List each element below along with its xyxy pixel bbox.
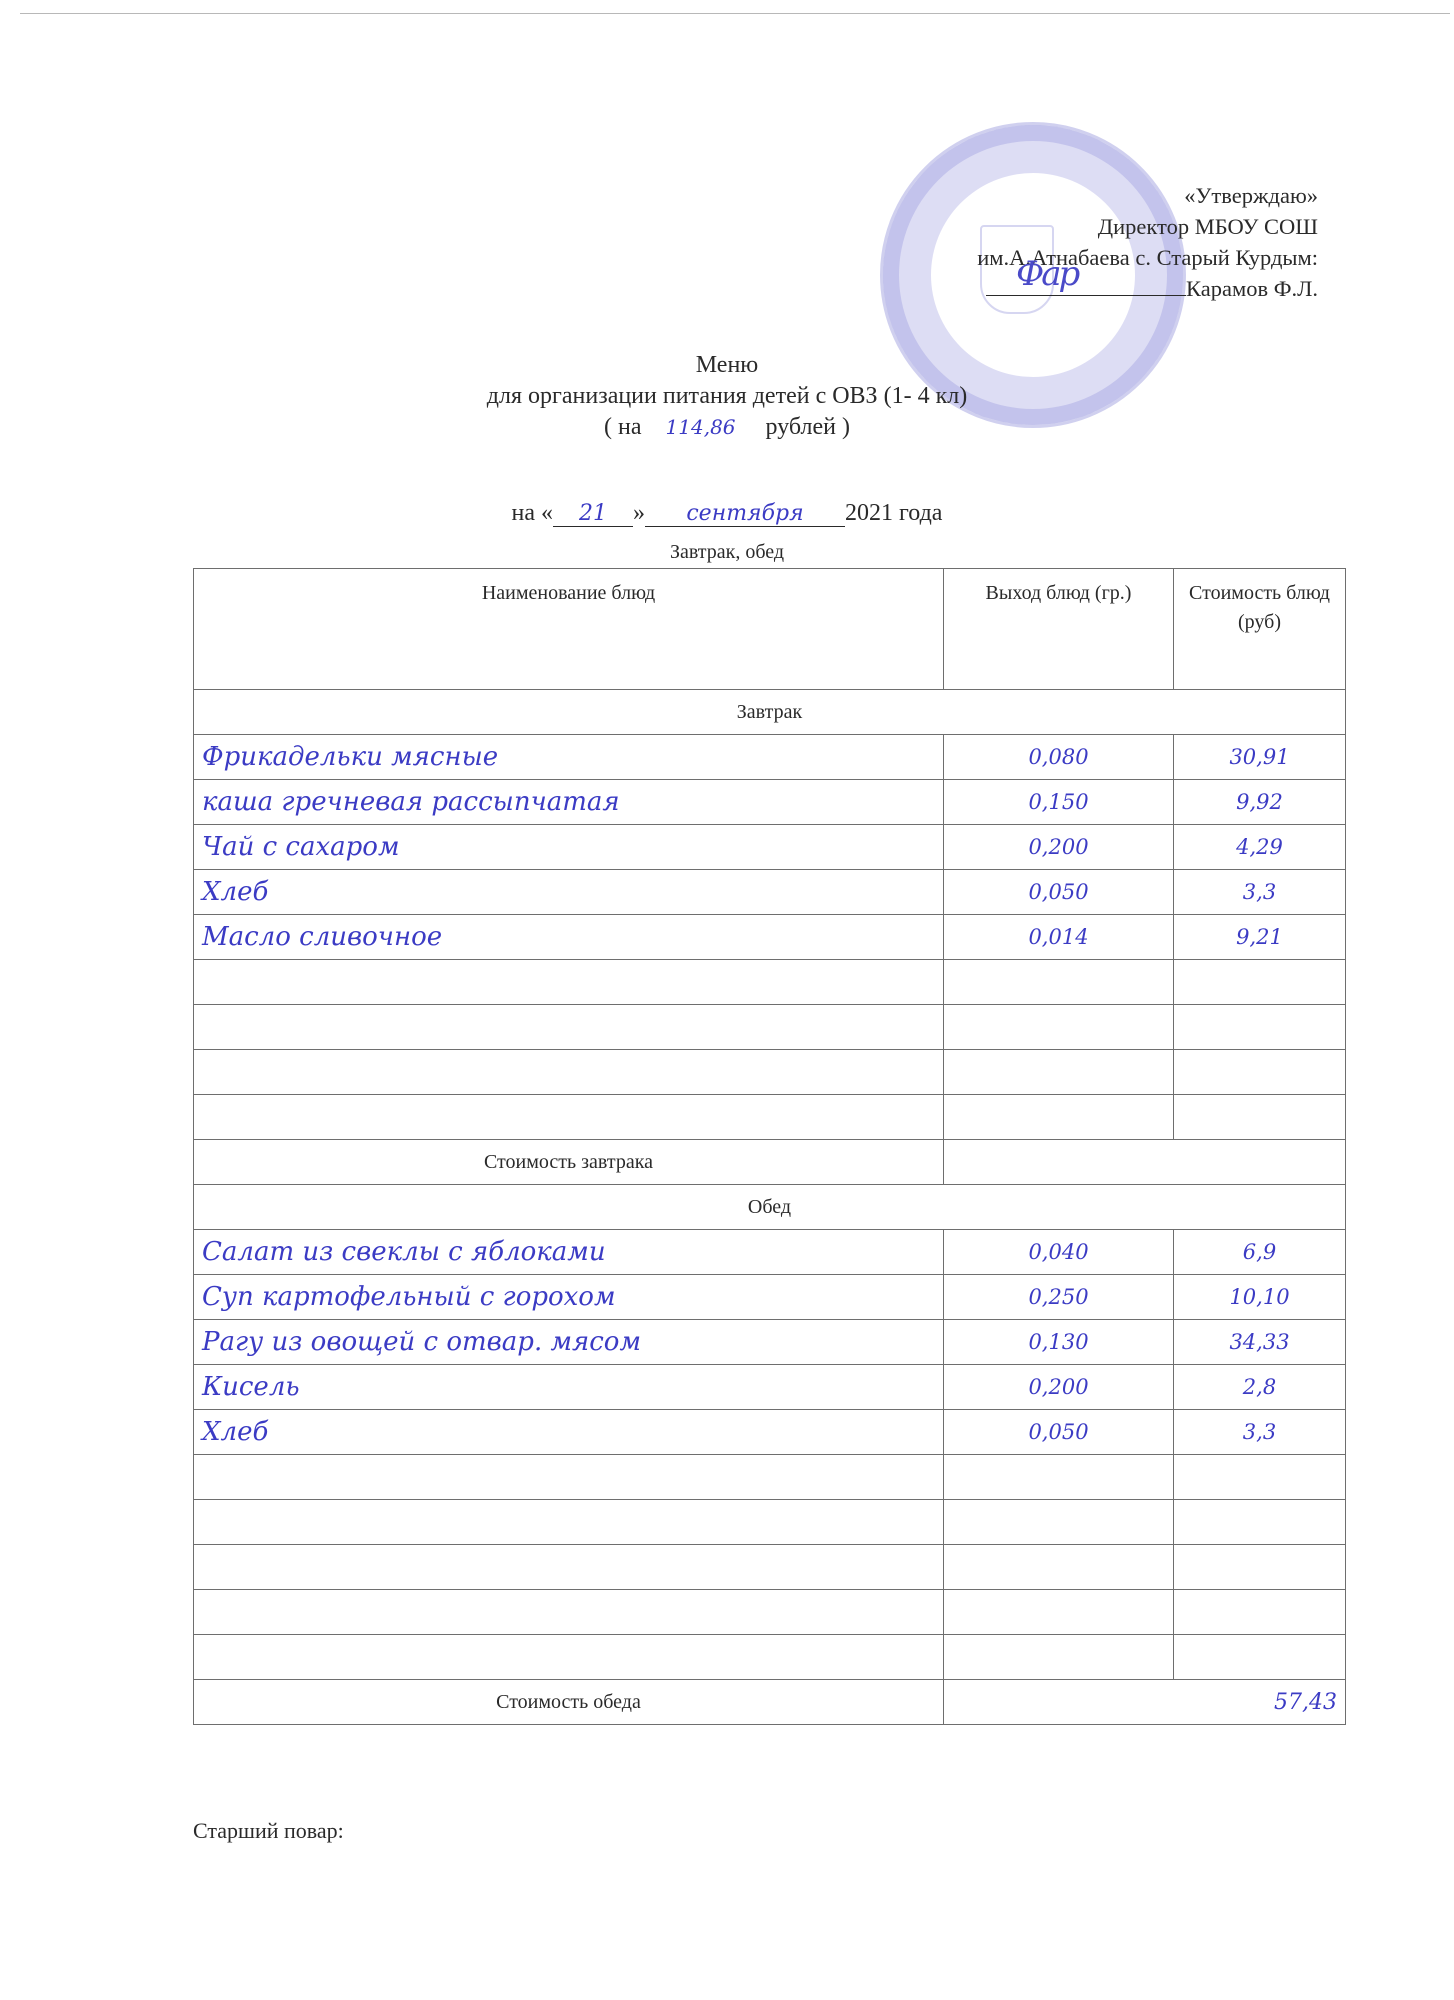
director-signature: Фар [1016, 259, 1077, 290]
dish-price-cell: 9,92 [1174, 780, 1346, 825]
dish-weight-cell: 0,080 [944, 735, 1174, 780]
dish-weight-cell: 0,130 [944, 1320, 1174, 1365]
document-title: Меню [0, 350, 1454, 381]
date-month-field: сентября [645, 500, 845, 527]
lunch-total-label: Стоимость обеда [194, 1680, 944, 1725]
dish-weight-cell: 0,200 [944, 1365, 1174, 1410]
breakfast-section-row: Завтрак [194, 690, 1346, 735]
dish-name-cell [194, 1500, 944, 1545]
approval-heading: «Утверждаю» [977, 180, 1318, 211]
table-header-row: Наименование блюд Выход блюд (гр.) Стоим… [194, 569, 1346, 690]
dish-price-cell [1174, 960, 1346, 1005]
dish-name-cell [194, 1050, 944, 1095]
dish-price-cell [1174, 1050, 1346, 1095]
senior-cook-label: Старший повар: [193, 1818, 344, 1844]
dish-price-cell: 2,8 [1174, 1365, 1346, 1410]
breakfast-total-value [944, 1140, 1346, 1185]
director-name: Карамов Ф.Л. [1186, 276, 1318, 301]
breakfast-total-row: Стоимость завтрака [194, 1140, 1346, 1185]
lunch-section-label: Обед [194, 1185, 1346, 1230]
dish-weight-cell [944, 1590, 1174, 1635]
lunch-section-row: Обед [194, 1185, 1346, 1230]
signature-field: Фар [986, 273, 1186, 296]
table-row [194, 1635, 1346, 1680]
table-row: Рагу из овощей с отвар. мясом0,13034,33 [194, 1320, 1346, 1365]
menu-table: Наименование блюд Выход блюд (гр.) Стоим… [193, 568, 1346, 1725]
dish-price-cell: 6,9 [1174, 1230, 1346, 1275]
breakfast-section-label: Завтрак [194, 690, 1346, 735]
dish-name-cell: Чай с сахаром [194, 825, 944, 870]
lunch-total-value: 57,43 [944, 1680, 1346, 1725]
date-suffix: 2021 года [845, 500, 942, 526]
document-subtitle: для организации питания детей с ОВЗ (1- … [0, 381, 1454, 412]
dish-name-cell [194, 1590, 944, 1635]
dish-name-cell [194, 1545, 944, 1590]
meals-caption: Завтрак, обед [0, 541, 1454, 564]
dish-name-cell: Рагу из овощей с отвар. мясом [194, 1320, 944, 1365]
dish-weight-cell [944, 1455, 1174, 1500]
dish-price-cell: 10,10 [1174, 1275, 1346, 1320]
approval-block: «Утверждаю» Директор МБОУ СОШ им.А.Атнаб… [977, 180, 1318, 304]
table-row: каша гречневая рассыпчатая0,1509,92 [194, 780, 1346, 825]
dish-price-cell: 3,3 [1174, 870, 1346, 915]
sum-prefix: ( на [604, 414, 642, 440]
table-row [194, 1095, 1346, 1140]
menu-sum-line: ( на114,86рублей ) [0, 412, 1454, 443]
table-row: Салат из свеклы с яблоками0,0406,9 [194, 1230, 1346, 1275]
dish-price-cell [1174, 1545, 1346, 1590]
dish-name-cell: Кисель [194, 1365, 944, 1410]
dish-weight-cell [944, 1005, 1174, 1050]
approval-signature-line: ФарКарамов Ф.Л. [977, 273, 1318, 304]
table-row [194, 960, 1346, 1005]
dish-price-cell: 4,29 [1174, 825, 1346, 870]
header-price: Стоимость блюд (руб) [1174, 569, 1346, 690]
dish-weight-cell: 0,200 [944, 825, 1174, 870]
dish-weight-cell: 0,040 [944, 1230, 1174, 1275]
dish-price-cell: 3,3 [1174, 1410, 1346, 1455]
date-day: 21 [579, 501, 607, 526]
dish-name-cell: Масло сливочное [194, 915, 944, 960]
table-row [194, 1590, 1346, 1635]
dish-name-cell: Хлеб [194, 870, 944, 915]
dish-weight-cell: 0,050 [944, 870, 1174, 915]
table-row [194, 1545, 1346, 1590]
dish-price-cell [1174, 1500, 1346, 1545]
header-dish-name: Наименование блюд [194, 569, 944, 690]
dish-name-cell: Хлеб [194, 1410, 944, 1455]
menu-table-body: ЗавтракФрикадельки мясные0,08030,91каша … [194, 690, 1346, 1725]
sum-value: 114,86 [666, 415, 736, 439]
date-month: сентября [686, 501, 803, 526]
document-title-block: Меню для организации питания детей с ОВЗ… [0, 350, 1454, 443]
dish-name-cell [194, 1455, 944, 1500]
table-row [194, 1050, 1346, 1095]
dish-price-cell [1174, 1095, 1346, 1140]
dish-weight-cell [944, 1635, 1174, 1680]
dish-name-cell [194, 1635, 944, 1680]
table-row [194, 1500, 1346, 1545]
table-row: Хлеб0,0503,3 [194, 870, 1346, 915]
table-row: Фрикадельки мясные0,08030,91 [194, 735, 1346, 780]
dish-price-cell [1174, 1635, 1346, 1680]
dish-price-cell [1174, 1005, 1346, 1050]
dish-weight-cell: 0,150 [944, 780, 1174, 825]
table-row: Масло сливочное0,0149,21 [194, 915, 1346, 960]
date-day-field: 21 [553, 500, 633, 527]
dish-weight-cell [944, 960, 1174, 1005]
dish-weight-cell [944, 1545, 1174, 1590]
table-row [194, 1005, 1346, 1050]
approval-position: Директор МБОУ СОШ [977, 211, 1318, 242]
dish-price-cell: 9,21 [1174, 915, 1346, 960]
date-line: на «21»сентября2021 года [0, 500, 1454, 527]
dish-name-cell [194, 1005, 944, 1050]
header-weight: Выход блюд (гр.) [944, 569, 1174, 690]
lunch-total-row: Стоимость обеда57,43 [194, 1680, 1346, 1725]
dish-weight-cell: 0,050 [944, 1410, 1174, 1455]
dish-name-cell [194, 1095, 944, 1140]
dish-weight-cell: 0,014 [944, 915, 1174, 960]
dish-weight-cell: 0,250 [944, 1275, 1174, 1320]
date-mid: » [633, 500, 645, 526]
dish-name-cell: Салат из свеклы с яблоками [194, 1230, 944, 1275]
table-row: Кисель0,2002,8 [194, 1365, 1346, 1410]
dish-name-cell: Фрикадельки мясные [194, 735, 944, 780]
page-top-rule [20, 13, 1450, 14]
table-row: Суп картофельный с горохом0,25010,10 [194, 1275, 1346, 1320]
dish-name-cell [194, 960, 944, 1005]
dish-name-cell: Суп картофельный с горохом [194, 1275, 944, 1320]
dish-weight-cell [944, 1500, 1174, 1545]
sum-suffix: рублей ) [766, 414, 850, 440]
dish-name-cell: каша гречневая рассыпчатая [194, 780, 944, 825]
dish-price-cell: 34,33 [1174, 1320, 1346, 1365]
dish-price-cell: 30,91 [1174, 735, 1346, 780]
dish-price-cell [1174, 1590, 1346, 1635]
dish-weight-cell [944, 1050, 1174, 1095]
table-row [194, 1455, 1346, 1500]
date-prefix: на « [512, 500, 554, 526]
dish-weight-cell [944, 1095, 1174, 1140]
dish-price-cell [1174, 1455, 1346, 1500]
breakfast-total-label: Стоимость завтрака [194, 1140, 944, 1185]
table-row: Чай с сахаром0,2004,29 [194, 825, 1346, 870]
table-row: Хлеб0,0503,3 [194, 1410, 1346, 1455]
